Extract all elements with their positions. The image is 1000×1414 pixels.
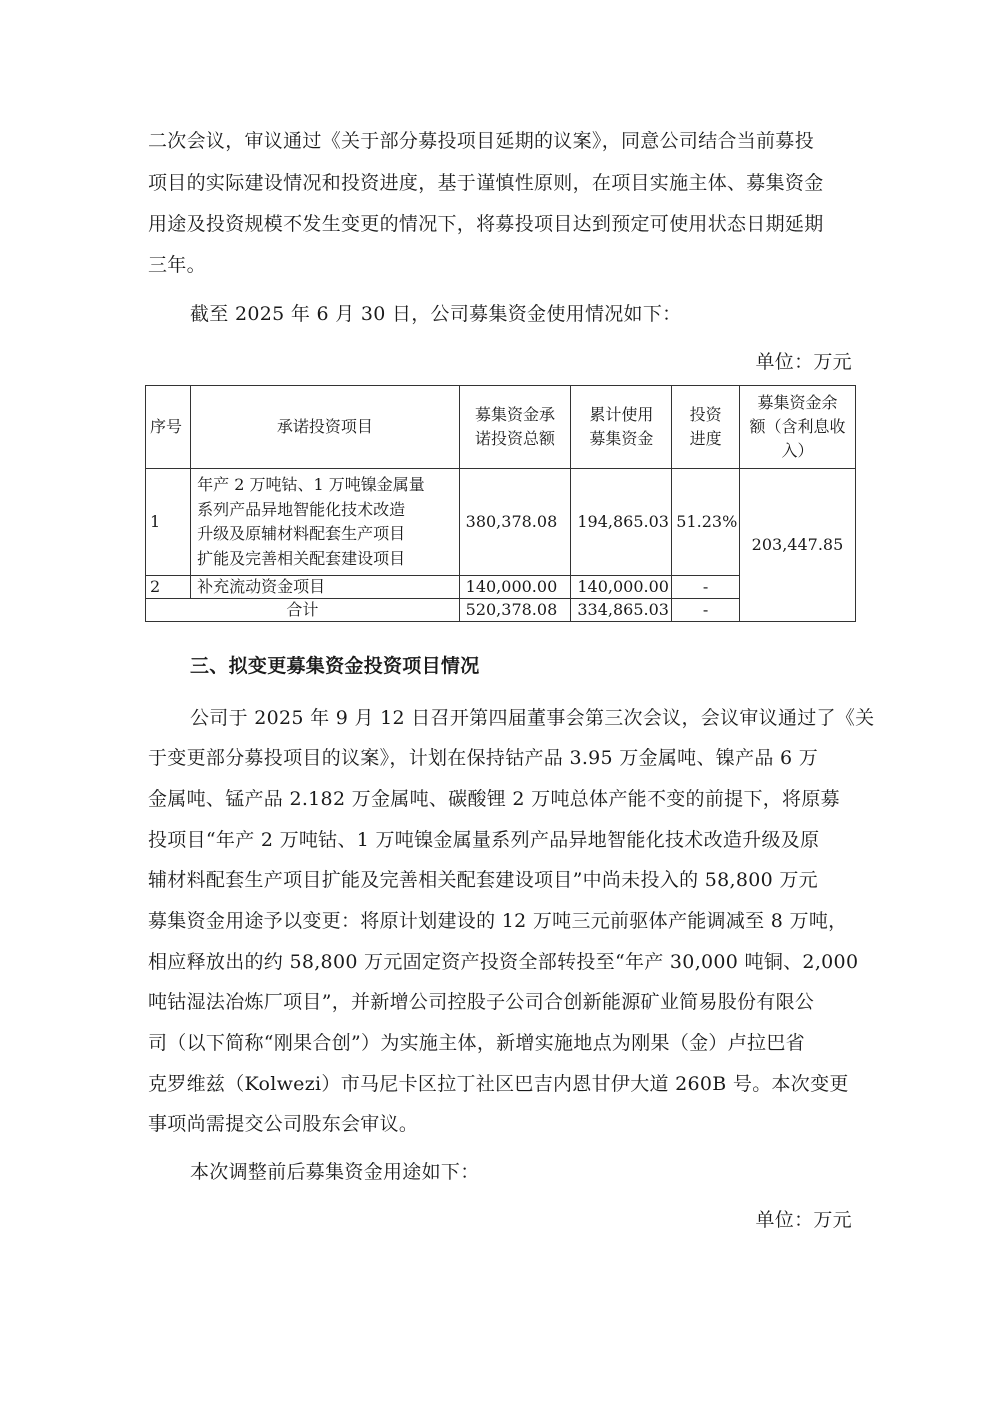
- header-committed-amount: 募集资金承 诺投资总额: [459, 386, 571, 469]
- project-line-1: 年产 2 万吨钴、1 万吨镍金属量: [197, 473, 455, 498]
- section-3-line-7: 相应释放出的约 58,800 万元固定资产投资全部转投至“年产 30,000 吨…: [148, 950, 858, 974]
- table-row: 1 年产 2 万吨钴、1 万吨镍金属量 系列产品异地智能化技术改造 升级及原辅材…: [146, 469, 856, 576]
- section-3-line-11: 事项尚需提交公司股东会审议。: [148, 1112, 858, 1136]
- row-cumulative-used: 140,000.00: [571, 576, 672, 599]
- unit-label-2: 单位：万元: [755, 1208, 852, 1232]
- section-3-line-2: 于变更部分募投项目的议案》，计划在保持钴产品 3.95 万金属吨、镍产品 6 万: [148, 746, 858, 770]
- row-index: 2: [146, 576, 191, 599]
- section-3-line-8: 吨钴湿法冶炼厂项目”，并新增公司控股子公司合创新能源矿业简易股份有限公: [148, 990, 858, 1014]
- funds-usage-table: 序号 承诺投资项目 募集资金承 诺投资总额 累计使用 募集资金 投资 进度 募集…: [145, 385, 856, 622]
- total-progress: -: [672, 599, 740, 622]
- document-page: 二次会议，审议通过《关于部分募投项目延期的议案》，同意公司结合当前募投 项目的实…: [0, 0, 1000, 1414]
- row-cumulative-used: 194,865.03: [571, 469, 672, 576]
- section-3-line-10: 克罗维兹（Kolwezi）市马尼卡区拉丁社区巴吉内恩甘伊大道 260B 号。本次…: [148, 1072, 858, 1096]
- paragraph-1-line-3: 用途及投资规模不发生变更的情况下，将募投项目达到预定可使用状态日期延期: [148, 212, 858, 236]
- row-project: 年产 2 万吨钴、1 万吨镍金属量 系列产品异地智能化技术改造 升级及原辅材料配…: [191, 469, 460, 576]
- total-label: 合计: [146, 599, 460, 622]
- header-committed-line-1: 募集资金承: [464, 403, 567, 427]
- section-3-line-9: 司（以下简称“刚果合创”）为实施主体，新增实施地点为刚果（金）卢拉巴省: [148, 1031, 858, 1055]
- row-progress: -: [672, 576, 740, 599]
- unit-label: 单位：万元: [755, 350, 852, 374]
- section-3-line-1: 公司于 2025 年 9 月 12 日召开第四届董事会第三次会议，会议审议通过了…: [190, 706, 858, 730]
- paragraph-1-line-4: 三年。: [148, 253, 858, 277]
- header-cumulative-used: 累计使用 募集资金: [571, 386, 672, 469]
- total-committed-amount: 520,378.08: [459, 599, 571, 622]
- section-3-line-4: 投项目“年产 2 万吨钴、1 万吨镍金属量系列产品异地智能化技术改造升级及原: [148, 828, 858, 852]
- project-line-2: 系列产品异地智能化技术改造: [197, 498, 455, 523]
- paragraph-1-line-2: 项目的实际建设情况和投资进度，基于谨慎性原则，在项目实施主体、募集资金: [148, 171, 858, 195]
- header-balance-line-1: 募集资金余: [744, 391, 851, 415]
- header-project: 承诺投资项目: [191, 386, 460, 469]
- row-progress: 51.23%: [672, 469, 740, 576]
- project-line-3: 升级及原辅材料配套生产项目: [197, 522, 455, 547]
- project-line-4: 扩能及完善相关配套建设项目: [197, 547, 455, 572]
- header-balance-line-2: 额（含利息收: [744, 415, 851, 439]
- header-progress: 投资 进度: [672, 386, 740, 469]
- header-committed-line-2: 诺投资总额: [464, 427, 567, 451]
- section-3-line-3: 金属吨、锰产品 2.182 万金属吨、碳酸锂 2 万吨总体产能不变的前提下，将原…: [148, 787, 858, 811]
- row-committed-amount: 380,378.08: [459, 469, 571, 576]
- section-3-heading: 三、拟变更募集资金投资项目情况: [190, 654, 900, 678]
- row-index: 1: [146, 469, 191, 576]
- header-used-line-1: 累计使用: [575, 403, 667, 427]
- header-progress-line-1: 投资: [676, 403, 735, 427]
- header-balance-line-3: 入）: [744, 439, 851, 463]
- paragraph-2: 截至 2025 年 6 月 30 日，公司募集资金使用情况如下：: [190, 302, 858, 326]
- row-committed-amount: 140,000.00: [459, 576, 571, 599]
- header-used-line-2: 募集资金: [575, 427, 667, 451]
- row-project: 补充流动资金项目: [191, 576, 460, 599]
- total-cumulative-used: 334,865.03: [571, 599, 672, 622]
- balance-merged-cell: 203,447.85: [739, 469, 855, 622]
- table-header-row: 序号 承诺投资项目 募集资金承 诺投资总额 累计使用 募集资金 投资 进度 募集…: [146, 386, 856, 469]
- header-index: 序号: [146, 386, 191, 469]
- header-progress-line-2: 进度: [676, 427, 735, 451]
- paragraph-4: 本次调整前后募集资金用途如下：: [190, 1160, 858, 1184]
- header-balance: 募集资金余 额（含利息收 入）: [739, 386, 855, 469]
- section-3-line-6: 募集资金用途予以变更：将原计划建设的 12 万吨三元前驱体产能调减至 8 万吨，: [148, 909, 858, 933]
- paragraph-1-line-1: 二次会议，审议通过《关于部分募投项目延期的议案》，同意公司结合当前募投: [148, 129, 858, 153]
- section-3-line-5: 辅材料配套生产项目扩能及完善相关配套建设项目”中尚未投入的 58,800 万元: [148, 868, 858, 892]
